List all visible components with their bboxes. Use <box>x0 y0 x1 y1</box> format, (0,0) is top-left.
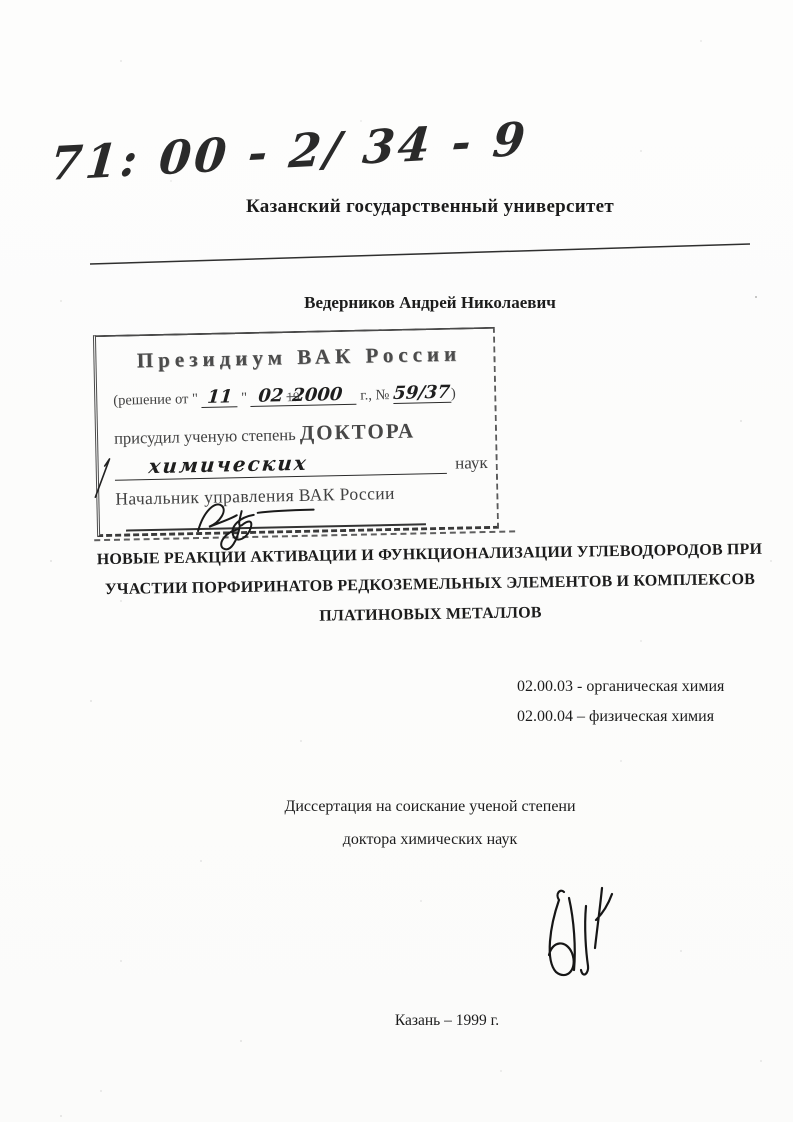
stamp-decision-line: (решение от " 11 " 02 192000 г., № 59/37… <box>113 383 486 410</box>
vak-approval-stamp: Президиум ВАК России (решение от " 11 " … <box>93 327 499 537</box>
specialty-physical-chemistry: 02.00.04 – физическая химия <box>517 702 724 732</box>
horizontal-rule <box>78 238 762 270</box>
specialty-codes: 02.00.03 - органическая химия 02.00.04 –… <box>517 672 724 732</box>
decision-day-blank: 11 <box>201 388 237 408</box>
city-year: Казань – 1999 г. <box>100 1012 793 1030</box>
author-signature-scribble <box>528 878 638 988</box>
specialty-organic-chemistry: 02.00.03 - органическая химия <box>517 672 724 702</box>
decision-quote: " <box>241 390 247 406</box>
handwritten-number: 59/37 <box>393 384 451 403</box>
handwritten-catalog-number: 71: 00 - 2/ 34 - 9 <box>48 98 428 208</box>
degree-word: ДОКТОРА <box>299 419 415 445</box>
decision-suffix: г., № <box>360 387 389 404</box>
nauk-label: наук <box>455 453 488 474</box>
stamp-award-line: присудил ученую степень ДОКТОРА <box>114 417 487 450</box>
decision-date-blank: 02 192000 <box>251 386 357 407</box>
field-blank: химических <box>114 448 447 481</box>
handwritten-year: 2000 <box>292 386 344 405</box>
scan-noise <box>0 0 2 2</box>
decision-prefix: (решение от " <box>113 391 198 409</box>
dissertation-title: НОВЫЕ РЕАКЦИИ АКТИВАЦИИ И ФУНКЦИОНАЛИЗАЦ… <box>69 534 790 635</box>
stamp-header: Президиум ВАК России <box>112 341 485 374</box>
close-paren: ) <box>451 386 456 402</box>
thesis-line-1: Диссертация на соискание ученой степени <box>70 790 790 823</box>
thesis-line-2: доктора химических наук <box>70 823 790 856</box>
handwritten-day: 11 <box>206 388 233 407</box>
award-text: присудил ученую степень <box>114 425 296 448</box>
thesis-statement: Диссертация на соискание ученой степени … <box>70 790 790 856</box>
handwritten-month: 02 <box>257 387 284 406</box>
university-name: Казанский государственный университет <box>70 196 790 218</box>
author-name: Ведерников Андрей Николаевич <box>70 293 790 313</box>
decision-number-blank: 59/37 <box>393 384 451 404</box>
stamp-field-line: химических наук <box>114 447 487 481</box>
year-overwrite: 192000 <box>286 386 349 405</box>
dissertation-title-page: 71: 00 - 2/ 34 - 9 Казанский государстве… <box>0 0 793 1122</box>
handwritten-slash-stroke <box>90 455 115 499</box>
handwritten-field: химических <box>148 451 309 478</box>
svg-text:71: 00 - 2/ 34 - 9: 71: 00 - 2/ 34 - 9 <box>48 112 530 191</box>
